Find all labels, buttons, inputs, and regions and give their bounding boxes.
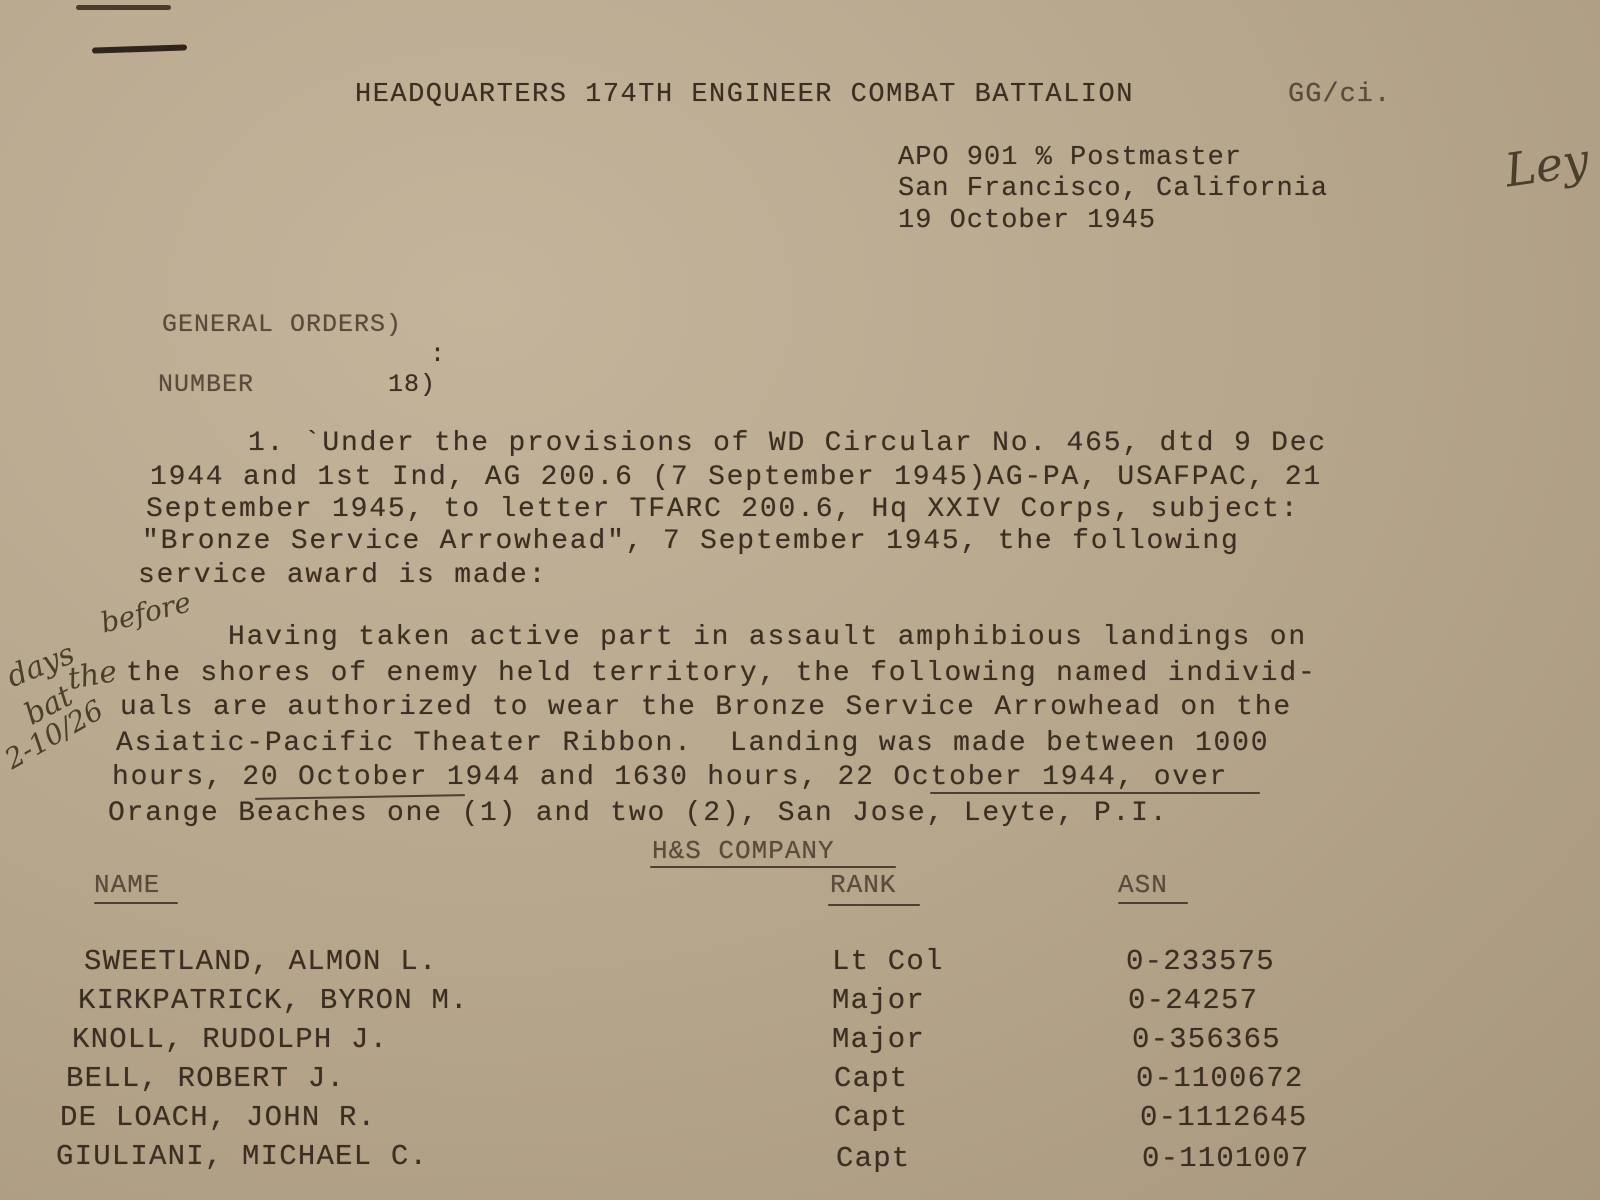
row-name: DE LOACH, JOHN R.	[60, 1101, 376, 1134]
address-line-city: San Francisco, California	[898, 174, 1328, 204]
row-asn: 0-24257	[1128, 984, 1258, 1017]
column-header-asn-underline	[1118, 902, 1188, 904]
row-name: GIULIANI, MICHAEL C.	[56, 1140, 428, 1173]
paragraph1-line5: service award is made:	[138, 560, 547, 591]
row-rank: Major	[832, 984, 925, 1017]
document-page: HEADQUARTERS 174TH ENGINEER COMBAT BATTA…	[0, 0, 1600, 1200]
column-header-rank-underline	[828, 904, 920, 906]
document-date: 19 October 1945	[898, 206, 1156, 236]
pen-stroke-top	[76, 5, 171, 10]
row-asn: 0-1100672	[1136, 1062, 1303, 1095]
paragraph2-line2: the shores of enemy held territory, the …	[126, 658, 1317, 689]
company-title: H&S COMPANY	[652, 836, 835, 866]
handwritten-note-ley: Ley	[1502, 132, 1592, 197]
row-name: BELL, ROBERT J.	[66, 1062, 345, 1095]
row-rank: Capt	[834, 1062, 908, 1095]
pen-stroke-ink-blot	[92, 44, 187, 53]
column-header-asn: ASN	[1118, 870, 1168, 900]
column-header-name-underline	[94, 902, 178, 904]
paragraph2-line4: Asiatic-Pacific Theater Ribbon. Landing …	[116, 728, 1269, 759]
number-label: NUMBER	[158, 370, 254, 399]
column-header-rank: RANK	[830, 870, 896, 900]
company-title-underline	[650, 866, 896, 868]
row-asn: 0-1101007	[1142, 1142, 1309, 1175]
row-name: KIRKPATRICK, BYRON M.	[78, 984, 469, 1017]
handwritten-note-before: before	[97, 585, 194, 639]
paragraph1-line1: 1. `Under the provisions of WD Circular …	[248, 428, 1327, 459]
row-rank: Capt	[834, 1101, 908, 1134]
paragraph2-line5: hours, 20 October 1944 and 1630 hours, 2…	[112, 762, 1228, 793]
address-line-apo: APO 901 % Postmaster	[898, 143, 1242, 173]
pen-underline-22-october	[930, 792, 1260, 794]
handwritten-note-the: the	[65, 654, 119, 697]
paragraph2-line6: Orange Beaches one (1) and two (2), San …	[108, 798, 1168, 829]
row-asn: 0-356365	[1132, 1023, 1281, 1056]
order-number: 18)	[388, 370, 436, 399]
row-name: KNOLL, RUDOLPH J.	[72, 1023, 388, 1056]
paragraph1-line3: September 1945, to letter TFARC 200.6, H…	[146, 494, 1299, 525]
paragraph1-line4: "Bronze Service Arrowhead", 7 September …	[142, 526, 1240, 557]
general-orders-colon: :	[430, 340, 446, 369]
row-rank: Capt	[836, 1142, 910, 1175]
column-header-name: NAME	[94, 870, 160, 900]
row-asn: 0-233575	[1126, 945, 1275, 978]
row-asn: 0-1112645	[1140, 1101, 1307, 1134]
row-rank: Lt Col	[832, 945, 944, 978]
paragraph2-line3: uals are authorized to wear the Bronze S…	[120, 692, 1292, 723]
paragraph2-line1: Having taken active part in assault amph…	[228, 622, 1307, 653]
file-code: GG/ci.	[1288, 80, 1391, 110]
row-rank: Major	[832, 1023, 925, 1056]
general-orders-label: GENERAL ORDERS)	[162, 310, 402, 339]
row-name: SWEETLAND, ALMON L.	[84, 945, 437, 978]
paragraph1-line2: 1944 and 1st Ind, AG 200.6 (7 September …	[150, 462, 1322, 493]
document-heading: HEADQUARTERS 174TH ENGINEER COMBAT BATTA…	[355, 80, 1134, 110]
